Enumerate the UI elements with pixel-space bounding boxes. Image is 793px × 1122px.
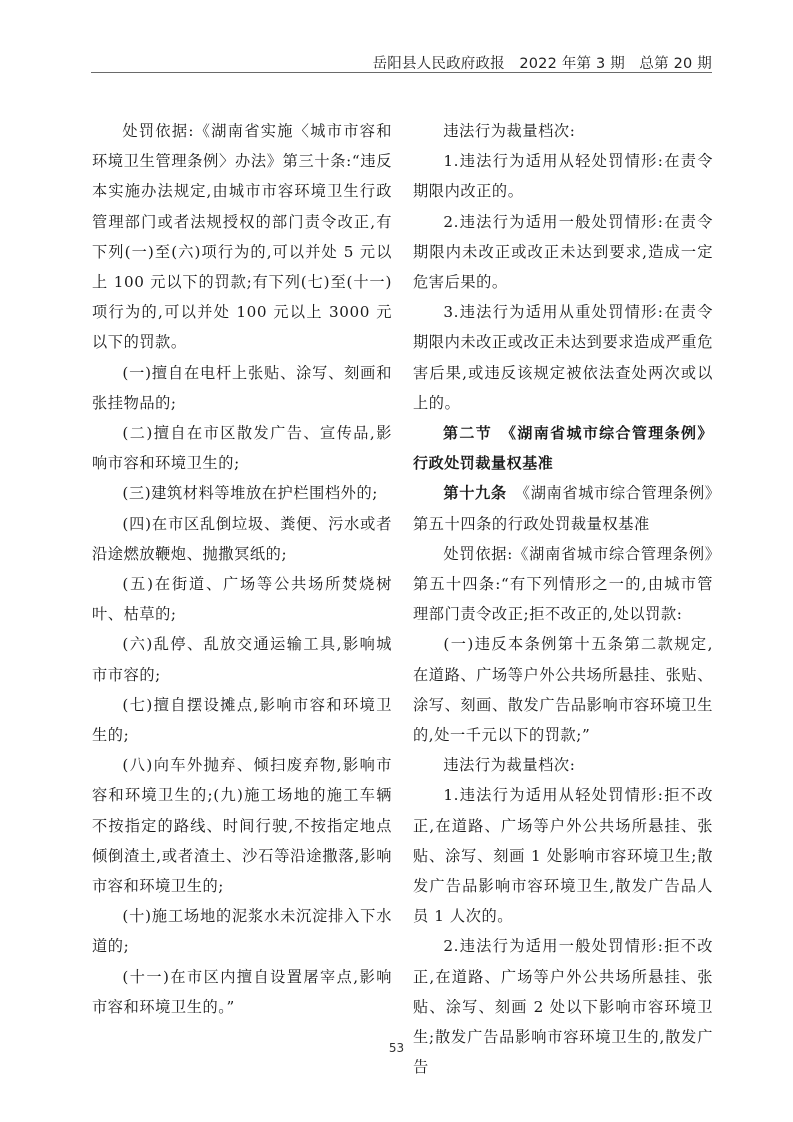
left-column: 处罚依据:《湖南省实施〈城市市容和环境卫生管理条例〉办法》第三十条:“违反本实施… [92,116,392,1022]
issue-number: 2022 年第 3 期 [519,56,625,72]
grade-item: 1.违法行为适用从轻处罚情形:拒不改正,在道路、广场等户外公共场所悬挂、张贴、涂… [413,780,713,931]
list-item: (六)乱停、乱放交通运输工具,影响城市市容的; [92,629,392,689]
article-paragraph: 第十九条 《湖南省城市综合管理条例》第五十四条的行政处罚裁量权基准 [413,478,713,538]
clause-paragraph: (一)违反本条例第十五条第二款规定,在道路、广场等户外公共场所悬挂、张贴、涂写、… [413,629,713,750]
grade-item: 1.违法行为适用从轻处罚情形:在责令期限内改正的。 [413,146,713,206]
list-item: (三)建筑材料等堆放在护栏围档外的; [92,478,392,508]
grade-item: 3.违法行为适用从重处罚情形:在责令期限内未改正或改正未达到要求造成严重危害后果… [413,297,713,418]
list-item: (十)施工场地的泥浆水未沉淀排入下水道的; [92,901,392,961]
list-item: (七)擅自摆设摊点,影响市容和环境卫生的; [92,690,392,750]
header-text: 岳阳县人民政府政报 2022 年第 3 期 总第 20 期 [373,52,712,73]
grade-item: 2.违法行为适用一般处罚情形:拒不改正,在道路、广场等户外公共场所悬挂、张贴、涂… [413,931,713,1082]
publication-name: 岳阳县人民政府政报 [373,56,505,72]
list-item: (五)在街道、广场等公共场所焚烧树叶、枯草的; [92,569,392,629]
grades-heading: 违法行为裁量档次: [413,750,713,780]
article-label: 第十九条 [443,484,506,502]
right-column: 违法行为裁量档次: 1.违法行为适用从轻处罚情形:在责令期限内改正的。 2.违法… [413,116,713,1083]
list-item: (八)向车外抛弃、倾扫废弃物,影响市容和环境卫生的;(九)施工场地的施工车辆不按… [92,750,392,901]
grades-heading: 违法行为裁量档次: [413,116,713,146]
list-item: (二)擅自在市区散发广告、宣传品,影响市容和环境卫生的; [92,418,392,478]
total-issue-number: 总第 20 期 [639,56,712,72]
list-item: (一)擅自在电杆上张贴、涂写、刻画和张挂物品的; [92,358,392,418]
penalty-basis-paragraph: 处罚依据:《湖南省城市综合管理条例》第五十四条:“有下列情形之一的,由城市管理部… [413,539,713,630]
page-number: 53 [0,1041,793,1055]
list-item: (四)在市区乱倒垃圾、粪便、污水或者沿途燃放鞭炮、抛撒冥纸的; [92,509,392,569]
list-item: (十一)在市区内擅自设置屠宰点,影响市容和环境卫生的。” [92,962,392,1022]
running-header: 岳阳县人民政府政报 2022 年第 3 期 总第 20 期 [91,52,712,73]
penalty-basis-paragraph: 处罚依据:《湖南省实施〈城市市容和环境卫生管理条例〉办法》第三十条:“违反本实施… [92,116,392,358]
section-title: 第二节 《湖南省城市综合管理条例》行政处罚裁量权基准 [413,418,713,478]
grade-item: 2.违法行为适用一般处罚情形:在责令期限内未改正或改正未达到要求,造成一定危害后… [413,207,713,298]
